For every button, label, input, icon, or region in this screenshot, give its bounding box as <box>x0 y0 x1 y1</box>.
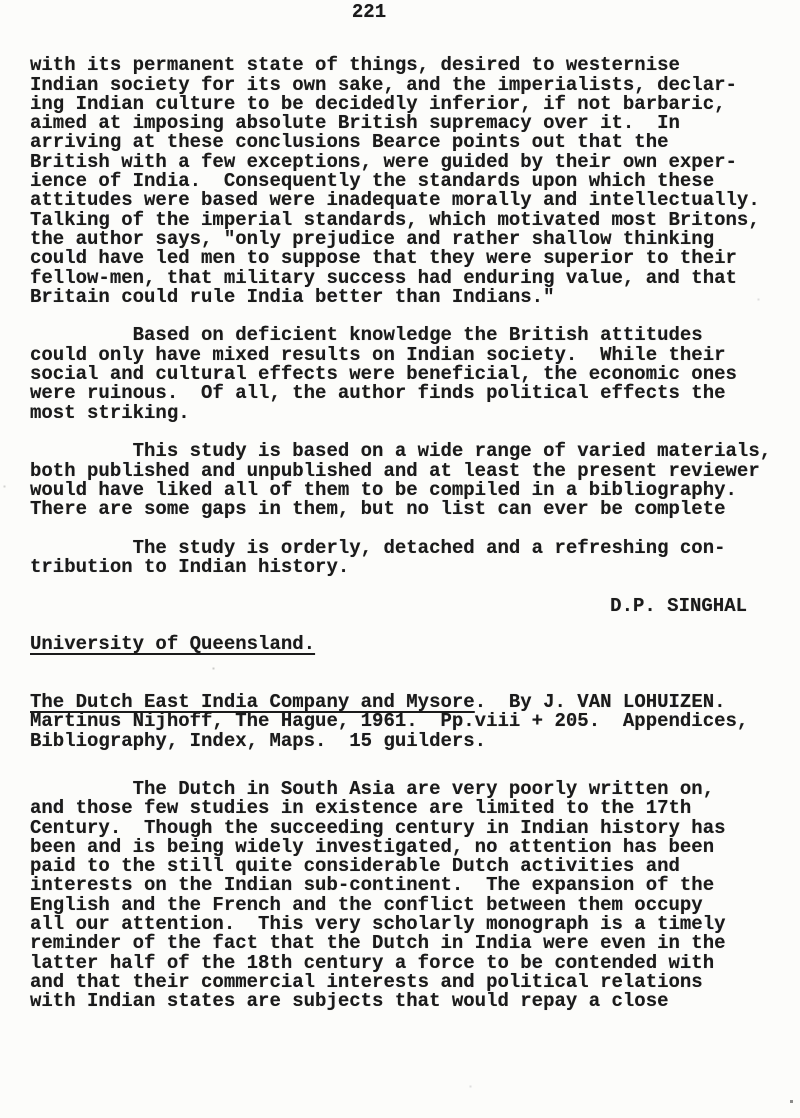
bearce-review-paragraph-2: Based on deficient knowledge the British… <box>30 326 800 422</box>
reviewer-affiliation: University of Queensland. <box>30 635 800 654</box>
lohuizen-review-paragraph-1: The Dutch in South Asia are very poorly … <box>30 780 800 1012</box>
bearce-review-paragraph-4: The study is orderly, detached and a ref… <box>30 539 800 578</box>
scanned-document-page: 221 with its permanent state of things, … <box>0 0 800 1118</box>
reviewer-affiliation-text: University of Queensland. <box>30 633 315 655</box>
book-imprint: Martinus Nijhoff, The Hague, 1961. Pp.vi… <box>30 712 800 751</box>
page-body: with its permanent state of things, desi… <box>0 22 800 1011</box>
bearce-review-paragraph-3: This study is based on a wide range of v… <box>30 442 800 519</box>
bearce-review-paragraph-1: with its permanent state of things, desi… <box>30 56 800 307</box>
reviewer-signature: D.P. SINGHAL <box>30 597 800 616</box>
book-heading: The Dutch East India Company and Mysore.… <box>30 693 800 751</box>
page-number: 221 <box>352 0 386 22</box>
